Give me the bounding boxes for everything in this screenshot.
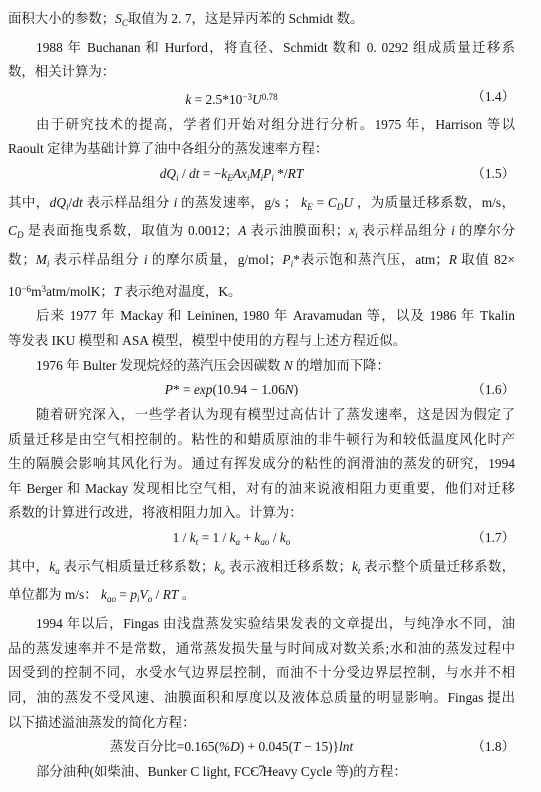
text-segment: 是表面拖曳系数，取值为 0.0012； <box>24 223 239 238</box>
text-line: 质量迁移是由空气相控制的。粘性的和蜡质原油的非牛顿行为和较低温度风化时产 <box>8 428 515 453</box>
text-segment: 的摩尔分 <box>455 223 515 238</box>
text-segment: 表示气相质量迁移系数； <box>60 559 215 574</box>
text-segment: 表示液相迁移系数； <box>225 559 352 574</box>
equation-formula: P* = exp(10.94 − 1.06N) <box>8 378 515 403</box>
text-segment: ) <box>294 382 298 397</box>
text-segment: 数； <box>8 252 36 267</box>
text-segment: 表示样品组分 <box>83 195 174 210</box>
text-line: 等发表 IKU 模型和 ASA 模型，模型中使用的方程与上述方程近似。 <box>8 329 515 354</box>
equation-formula: 1 / kt = 1 / ka + kao / ko <box>8 526 515 555</box>
math-segment: p <box>130 587 137 602</box>
text-segment: = <box>116 587 130 602</box>
text-line: 品的蒸发速率并不是常数，通常蒸发损失量与时间成对数关系;水和油的蒸发过程中 <box>8 637 515 662</box>
equation-number: （1.4） <box>471 85 515 110</box>
equation-line: P* = exp(10.94 − 1.06N)（1.6） <box>8 378 515 403</box>
text-segment: 随着研究深入，一些学者认为现有模型过高估计了蒸发速率，这是因为假定了 <box>36 407 515 422</box>
math-segment: P <box>165 382 173 397</box>
text-line: 1994 年以后，Fingas 由浅盘蒸发实验结果发表的文章提出，与纯净水不同，… <box>8 612 515 637</box>
text-line: 同，油的蒸发不受风速、油膜面积和厚度以及液体总质量的明显影响。Fingas 提出 <box>8 686 515 711</box>
text-segment: 表示样品组分 <box>49 252 143 267</box>
math-segment: dt <box>72 195 82 210</box>
text-segment: + <box>240 530 254 545</box>
text-segment: 单位都为 m/s： <box>8 587 101 602</box>
text-segment: = 1 / <box>198 530 229 545</box>
math-segment: P <box>282 252 290 267</box>
equation-line: 蒸发百分比=0.165(%D) + 0.045(T − 15)}lnt（1.8） <box>8 735 515 760</box>
equation-formula: 蒸发百分比=0.165(%D) + 0.045(T − 15)}lnt <box>8 735 515 760</box>
text-segment: − 15)} <box>301 739 340 754</box>
text-segment: = − <box>199 166 221 181</box>
math-segment: Ax <box>233 166 247 181</box>
math-segment: U <box>343 195 353 210</box>
text-segment: 以下描述溢油蒸发的简化方程： <box>8 715 195 730</box>
text-segment: 品的蒸发速率并不是常数，通常蒸发损失量与时间成对数关系;水和油的蒸发过程中 <box>8 641 515 656</box>
math-segment: exp <box>194 382 213 397</box>
text-line: 因受到的控制不同，水受水气边界层控制，而油不十分受边界层控制，与水并不相 <box>8 661 515 686</box>
math-segment: RT <box>288 166 304 181</box>
math-segment: lnt <box>339 739 353 754</box>
text-line: 面积大小的参数；SC取值为 2. 7，这是异丙苯的 Schmidt 数。 <box>8 7 515 36</box>
text-segment: 同，油的蒸发不受风速、油膜面积和厚度以及液体总质量的明显影响。Fingas 提出 <box>8 690 515 705</box>
text-segment: / <box>269 530 279 545</box>
math-segment: %D <box>219 739 240 754</box>
text-segment: 后来 1977 年 Mackay 和 Leininen, 1980 年 Arav… <box>36 308 515 323</box>
text-line: 随着研究深入，一些学者认为现有模型过高估计了蒸发速率，这是因为假定了 <box>8 403 515 428</box>
text-line: 由于研究技术的提高，学者们开始对组分进行分析。1975 年，Harrison 等… <box>8 113 515 138</box>
text-segment: m <box>31 284 41 299</box>
text-segment: ) + 0.045( <box>240 739 293 754</box>
math-segment: RT <box>163 587 179 602</box>
text-line: 其中，ka 表示气相质量迁移系数；ko 表示液相迁移系数；kt 表示整个质量迁移… <box>8 555 515 584</box>
text-segment: 表示油膜面积； <box>246 223 349 238</box>
text-line: 1988 年 Buchanan 和 Hurford，将直径、Schmidt 数和… <box>8 36 515 61</box>
math-segment: T <box>293 739 300 754</box>
text-segment: 表示样品组分 <box>358 223 451 238</box>
text-segment: = 2.5*10 <box>191 92 242 107</box>
equation-number: （1.6） <box>471 378 515 403</box>
math-segment: S <box>115 11 122 26</box>
equation-line: dQi / dt = −kEAxiMiPi */RT（1.5） <box>8 162 515 191</box>
math-segment: V <box>140 587 148 602</box>
text-line: 系数的计算进行改进，将液相阻力加入。计算为： <box>8 501 515 526</box>
equation-formula: k = 2.5*10−3U0.78 <box>8 85 515 113</box>
equation-formula: dQi / dt = −kEAxiMiPi */RT <box>8 162 515 191</box>
text-segment: 其中， <box>8 559 49 574</box>
equation-line: 1 / kt = 1 / ka + kao / ko（1.7） <box>8 526 515 555</box>
text-segment: 年 Berger 和 Mackay 发现相比空气相，对有的油来说液相阻力更重要，… <box>8 481 515 496</box>
math-segment: C <box>8 223 17 238</box>
text-segment: 系数的计算进行改进，将液相阻力加入。计算为： <box>8 505 303 520</box>
text-segment: 1 / <box>173 530 190 545</box>
text-segment: 1994 年以后，Fingas 由浅盘蒸发实验结果发表的文章提出，与纯净水不同，… <box>36 616 515 631</box>
math-segment: dQ <box>160 166 176 181</box>
text-segment: 表示绝对温度，K。 <box>121 284 241 299</box>
equation-number: （1.8） <box>471 735 515 760</box>
text-line: 数；Mi 表示样品组分 i 的摩尔质量，g/mol；Pi*表示饱和蒸汽压，atm… <box>8 248 515 277</box>
text-line: 生的隔膜会影响其风化行为。通过有挥发成分的粘性的润滑油的蒸发的研究，1994 <box>8 452 515 477</box>
math-segment: D <box>17 230 24 240</box>
text-segment: 的蒸发速率，g/s ； <box>177 195 301 210</box>
math-segment: dt <box>189 166 199 181</box>
text-segment: 表示整个质量迁移系数， <box>360 559 515 574</box>
text-line: 1976 年 Bulter 发现烷烃的蒸汽压会因碳数 N 的增加而下降： <box>8 354 515 379</box>
text-line: 年 Berger 和 Mackay 发现相比空气相，对有的油来说液相阻力更重要，… <box>8 477 515 502</box>
text-segment: 由于研究技术的提高，学者们开始对组分进行分析。1975 年，Harrison 等… <box>36 117 515 132</box>
equation-number: （1.7） <box>471 526 515 551</box>
text-segment: *表示饱和蒸汽压，atm； <box>293 252 449 267</box>
text-segment: 的摩尔质量，g/mol； <box>148 252 283 267</box>
math-segment: −3 <box>242 92 252 102</box>
math-segment: −6 <box>21 284 31 294</box>
text-segment: 因受到的控制不同，水受水气边界层控制，而油不十分受边界层控制，与水并不相 <box>8 665 515 680</box>
text-segment: = <box>313 195 328 210</box>
text-segment: Raoult 定律为基础计算了油中各组分的蒸发速率方程： <box>8 141 328 156</box>
math-segment: M <box>249 166 260 181</box>
math-segment: N <box>285 382 294 397</box>
text-segment: 数，相关计算为： <box>8 64 115 79</box>
text-line: CD 是表面拖曳系数，取值为 0.0012；A 表示油膜面积；xi 表示样品组分… <box>8 219 515 248</box>
page-number: - 7 - <box>8 758 515 783</box>
page-body: 面积大小的参数；SC取值为 2. 7，这是异丙苯的 Schmidt 数。1988… <box>8 7 515 785</box>
text-line: 数，相关计算为： <box>8 60 515 85</box>
text-segment: * = <box>173 382 194 397</box>
text-segment: 等发表 IKU 模型和 ASA 模型，模型中使用的方程与上述方程近似。 <box>8 333 406 348</box>
text-segment: 1988 年 Buchanan 和 Hurford，将直径、Schmidt 数和… <box>36 40 515 55</box>
math-segment: o <box>286 537 291 547</box>
text-segment: 取值为 2. 7，这是异丙苯的 Schmidt 数。 <box>128 11 363 26</box>
text-segment: 蒸发百分比=0.165( <box>110 739 219 754</box>
math-segment: dQ <box>50 195 66 210</box>
text-segment: */ <box>274 166 288 181</box>
text-line: Raoult 定律为基础计算了油中各组分的蒸发速率方程： <box>8 137 515 162</box>
text-line: 其中，dQi/dt 表示样品组分 i 的蒸发速率，g/s ； kE = CDU … <box>8 191 515 220</box>
text-segment: atm/molK； <box>46 284 114 299</box>
text-segment: 其中， <box>8 195 50 210</box>
text-line: 以下描述溢油蒸发的简化方程： <box>8 711 515 736</box>
text-segment: 。 <box>178 587 195 602</box>
text-segment: 取值 82× <box>457 252 515 267</box>
text-segment: 生的隔膜会影响其风化行为。通过有挥发成分的粘性的润滑油的蒸发的研究，1994 <box>8 456 515 471</box>
text-segment: ，为质量迁移系数，m/s， <box>353 195 515 210</box>
text-segment: 的增加而下降： <box>293 358 390 373</box>
text-line: 后来 1977 年 Mackay 和 Leininen, 1980 年 Arav… <box>8 304 515 329</box>
text-line: 单位都为 m/s： kao = piVo / RT 。 <box>8 583 515 612</box>
math-segment: R <box>449 252 457 267</box>
text-segment: 质量迁移是由空气相控制的。粘性的和蜡质原油的非牛顿行为和较低温度风化时产 <box>8 432 515 447</box>
math-segment: C <box>328 195 337 210</box>
equation-line: k = 2.5*10−3U0.78（1.4） <box>8 85 515 113</box>
text-line: 10−6m3atm/molK；T 表示绝对温度，K。 <box>8 277 515 305</box>
math-segment: N <box>284 358 293 373</box>
text-segment: 10 <box>8 284 21 299</box>
text-segment: 面积大小的参数； <box>8 11 115 26</box>
text-segment: 1976 年 Bulter 发现烷烃的蒸汽压会因碳数 <box>36 358 284 373</box>
math-segment: ao <box>107 594 116 604</box>
equation-number: （1.5） <box>471 162 515 187</box>
text-segment: (10.94 − 1.06 <box>213 382 285 397</box>
text-segment: / <box>152 587 162 602</box>
document-page: 面积大小的参数；SC取值为 2. 7，这是异丙苯的 Schmidt 数。1988… <box>0 0 541 792</box>
math-segment: 0.78 <box>262 92 278 102</box>
text-segment: / <box>179 166 189 181</box>
math-segment: U <box>252 92 262 107</box>
math-segment: M <box>36 252 47 267</box>
